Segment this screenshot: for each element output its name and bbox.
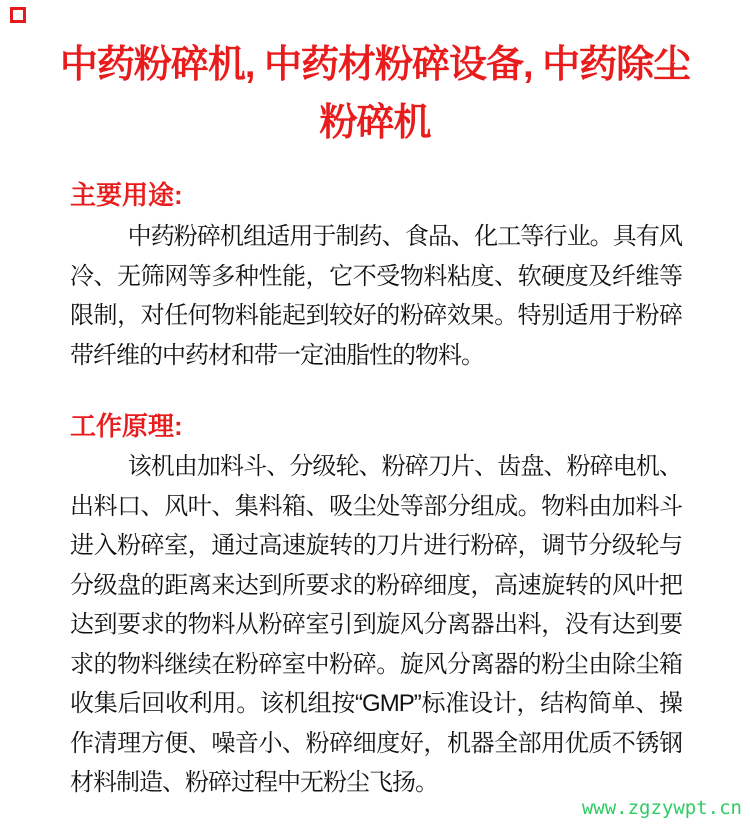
section-heading-working-principle: 工作原理: (70, 413, 183, 439)
page-title: 中药粉碎机, 中药材粉碎设备, 中药除尘 粉碎机 (0, 36, 750, 152)
document-page: 中药粉碎机, 中药材粉碎设备, 中药除尘 粉碎机 主要用途: 中药粉碎机组适用于… (0, 0, 750, 829)
page-title-line-1: 中药粉碎机, 中药材粉碎设备, 中药除尘 (0, 36, 750, 94)
broken-image-icon (10, 7, 26, 23)
watermark-url: www.zgzywpt.cn (582, 797, 742, 819)
page-title-line-2: 粉碎机 (0, 94, 750, 152)
section-body-working-principle: 该机由加料斗、分级轮、粉碎刀片、齿盘、粉碎电机、出料口、风叶、集料箱、吸尘处等部… (70, 447, 682, 803)
section-body-main-uses: 中药粉碎机组适用于制药、食品、化工等行业。具有风冷、无筛网等多种性能，它不受物料… (70, 217, 682, 375)
section-heading-main-uses: 主要用途: (70, 182, 183, 208)
